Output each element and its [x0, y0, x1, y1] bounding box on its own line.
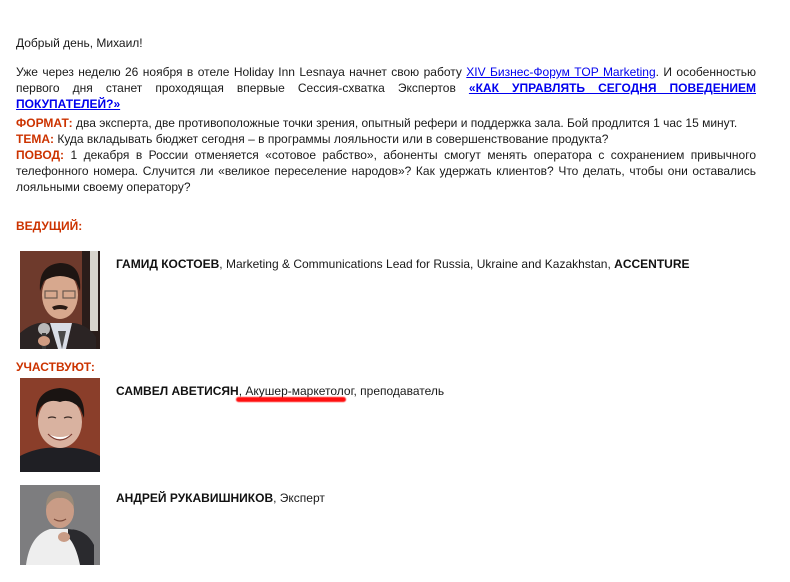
- person-info: АНДРЕЙ РУКАВИШНИКОВ, Эксперт: [116, 491, 325, 506]
- host-heading: ВЕДУЩИЙ:: [16, 219, 82, 234]
- person-name: АНДРЕЙ РУКАВИШНИКОВ: [116, 491, 273, 505]
- format-line: ФОРМАТ: два эксперта, две противоположны…: [16, 115, 756, 131]
- intro-paragraph: Уже через неделю 26 ноября в отеле Holid…: [16, 64, 756, 112]
- reason-line: ПОВОД: 1 декабря в России отменяется «со…: [16, 147, 756, 195]
- session-details: ФОРМАТ: два эксперта, две противоположны…: [16, 115, 756, 195]
- person-name: ГАМИД КОСТОЕВ: [116, 257, 219, 271]
- format-label: ФОРМАТ:: [16, 116, 73, 130]
- topic-label: ТЕМА:: [16, 132, 54, 146]
- reason-text: 1 декабря в России отменяется «сотовое р…: [16, 148, 756, 194]
- reason-label: ПОВОД:: [16, 148, 64, 162]
- photo-kostoev: [20, 251, 100, 349]
- highlight-underline-marker: [236, 397, 346, 402]
- intro-text: Уже через неделю 26 ноября в отеле Holid…: [16, 65, 466, 79]
- format-text: два эксперта, две противоположные точки …: [73, 116, 738, 130]
- participants-heading: УЧАСТВУЮТ:: [16, 360, 95, 375]
- topic-text: Куда вкладывать бюджет сегодня – в прогр…: [54, 132, 608, 146]
- person-role-highlighted: Акушер-маркетолог: [245, 384, 353, 398]
- greeting: Добрый день, Михаил!: [16, 36, 143, 51]
- person-role-rest: , преподаватель: [354, 384, 445, 398]
- topic-line: ТЕМА: Куда вкладывать бюджет сегодня – в…: [16, 131, 756, 147]
- separator: ,: [219, 257, 226, 271]
- portrait-man-white-shirt-jacket-icon: [20, 485, 100, 565]
- person-role: Эксперт: [280, 491, 325, 505]
- portrait-man-smiling-icon: [20, 378, 100, 472]
- portrait-man-glasses-microphone-icon: [20, 251, 100, 349]
- person-role: Marketing & Communications Lead for Russ…: [226, 257, 614, 271]
- forum-link[interactable]: XIV Бизнес-Форум TOP Marketing: [466, 65, 655, 79]
- separator: ,: [273, 491, 280, 505]
- person-org: ACCENTURE: [614, 257, 689, 271]
- person-info: ГАМИД КОСТОЕВ, Marketing & Communication…: [116, 257, 690, 272]
- person-name: САМВЕЛ АВЕТИСЯН: [116, 384, 239, 398]
- photo-rukavishnikov: [20, 485, 100, 565]
- photo-avetisyan: [20, 378, 100, 472]
